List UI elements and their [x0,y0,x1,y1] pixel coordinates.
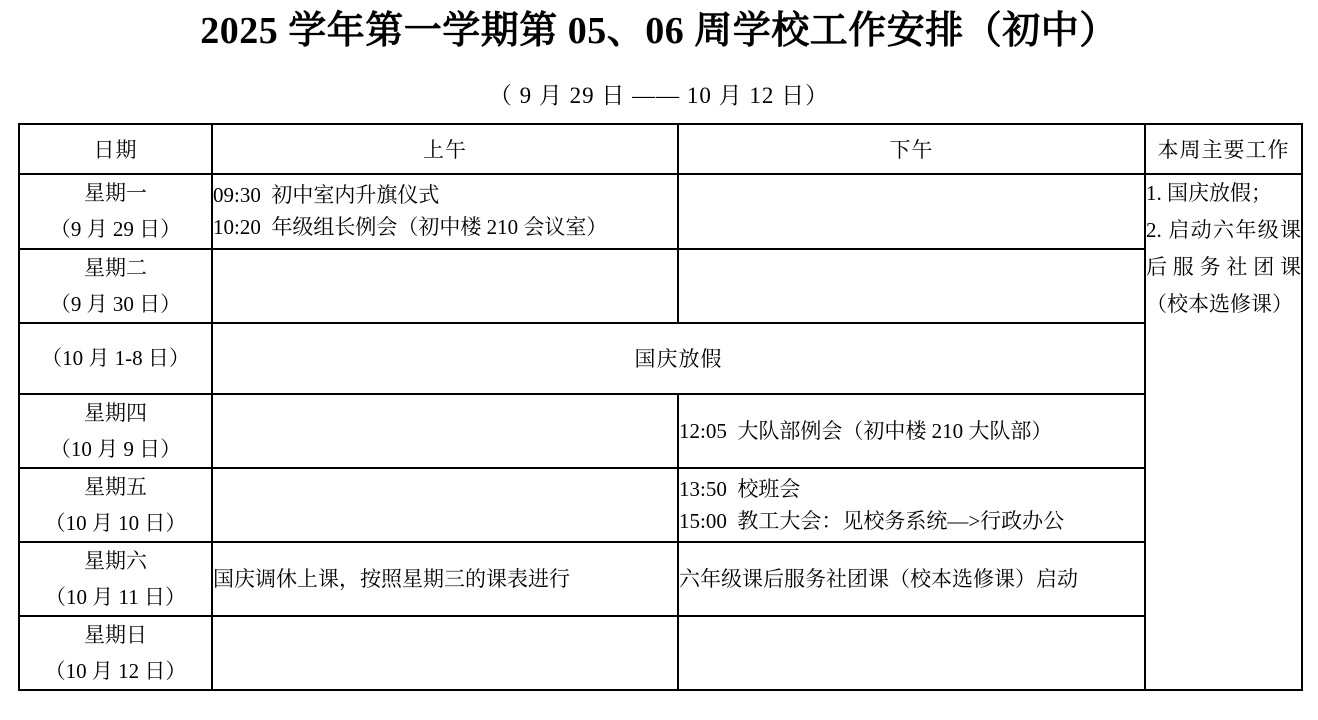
date-label: （9 月 30 日） [20,286,211,322]
morning-cell: 09:30 初中室内升旗仪式 10:20 年级组长例会（初中楼 210 会议室） [212,174,678,249]
schedule-item: 15:00 教工大会：见校务系统—>行政办公 [679,505,1144,537]
document-page: 2025 学年第一学期第 05、06 周学校工作安排（初中） （ 9 月 29 … [0,0,1318,720]
weekly-task-item: 2. 启动六年级课后服务社团课（校本选修课） [1146,212,1301,323]
afternoon-cell: 12:05 大队部例会（初中楼 210 大队部） [678,394,1145,468]
schedule-item: 12:05 大队部例会（初中楼 210 大队部） [679,415,1144,447]
date-label: （10 月 10 日） [20,505,211,541]
schedule-item: 六年级课后服务社团课（校本选修课）启动 [679,563,1144,595]
afternoon-cell [678,616,1145,690]
header-weekly-tasks: 本周主要工作 [1145,124,1302,174]
table-row-monday: 星期一 （9 月 29 日） 09:30 初中室内升旗仪式 10:20 年级组长… [19,174,1302,249]
schedule-item: 09:30 初中室内升旗仪式 [213,179,677,211]
date-cell: 星期日 （10 月 12 日） [19,616,212,690]
weekday-label: 星期一 [20,175,211,211]
date-label: （10 月 12 日） [20,653,211,689]
header-morning: 上午 [212,124,678,174]
morning-cell [212,468,678,542]
morning-cell [212,616,678,690]
weekday-label: 星期二 [20,250,211,286]
afternoon-cell: 六年级课后服务社团课（校本选修课）启动 [678,542,1145,616]
table-row-sunday: 星期日 （10 月 12 日） [19,616,1302,690]
date-cell: 星期六 （10 月 11 日） [19,542,212,616]
page-title: 2025 学年第一学期第 05、06 周学校工作安排（初中） [10,8,1308,56]
date-cell: 星期五 （10 月 10 日） [19,468,212,542]
afternoon-cell [678,249,1145,323]
morning-cell [212,394,678,468]
date-range-subtitle: （ 9 月 29 日 —— 10 月 12 日） [0,77,1318,110]
header-afternoon: 下午 [678,124,1145,174]
header-date: 日期 [19,124,212,174]
schedule-item: 10:20 年级组长例会（初中楼 210 会议室） [213,211,677,243]
morning-cell [212,249,678,323]
table-row-tuesday: 星期二 （9 月 30 日） [19,249,1302,323]
weekday-label: 星期六 [20,543,211,579]
schedule-item: 13:50 校班会 [679,473,1144,505]
weekly-tasks-cell: 1. 国庆放假； 2. 启动六年级课后服务社团课（校本选修课） [1145,174,1302,690]
afternoon-cell: 13:50 校班会 15:00 教工大会：见校务系统—>行政办公 [678,468,1145,542]
weekday-label: 星期五 [20,469,211,505]
morning-cell: 国庆调休上课，按照星期三的课表进行 [212,542,678,616]
table-row-thursday: 星期四 （10 月 9 日） 12:05 大队部例会（初中楼 210 大队部） [19,394,1302,468]
weekday-label: 星期日 [20,617,211,653]
date-cell: 星期四 （10 月 9 日） [19,394,212,468]
weekday-label: 星期四 [20,395,211,431]
date-cell: 星期一 （9 月 29 日） [19,174,212,249]
table-row-friday: 星期五 （10 月 10 日） 13:50 校班会 15:00 教工大会：见校务… [19,468,1302,542]
schedule-table: 日期 上午 下午 本周主要工作 星期一 （9 月 29 日） 09:30 初中室… [18,123,1303,691]
holiday-merged-cell: 国庆放假 [212,323,1145,394]
weekly-task-item: 1. 国庆放假； [1146,175,1301,212]
date-cell: 星期二 （9 月 30 日） [19,249,212,323]
table-row-holiday: （10 月 1-8 日） 国庆放假 [19,323,1302,394]
date-label: （10 月 9 日） [20,431,211,467]
date-label: （9 月 29 日） [20,211,211,247]
table-row-saturday: 星期六 （10 月 11 日） 国庆调休上课，按照星期三的课表进行 六年级课后服… [19,542,1302,616]
date-label: （10 月 11 日） [20,579,211,615]
table-header-row: 日期 上午 下午 本周主要工作 [19,124,1302,174]
schedule-item: 国庆调休上课，按照星期三的课表进行 [213,563,677,595]
date-cell: （10 月 1-8 日） [19,323,212,394]
date-label: （10 月 1-8 日） [20,340,211,376]
afternoon-cell [678,174,1145,249]
